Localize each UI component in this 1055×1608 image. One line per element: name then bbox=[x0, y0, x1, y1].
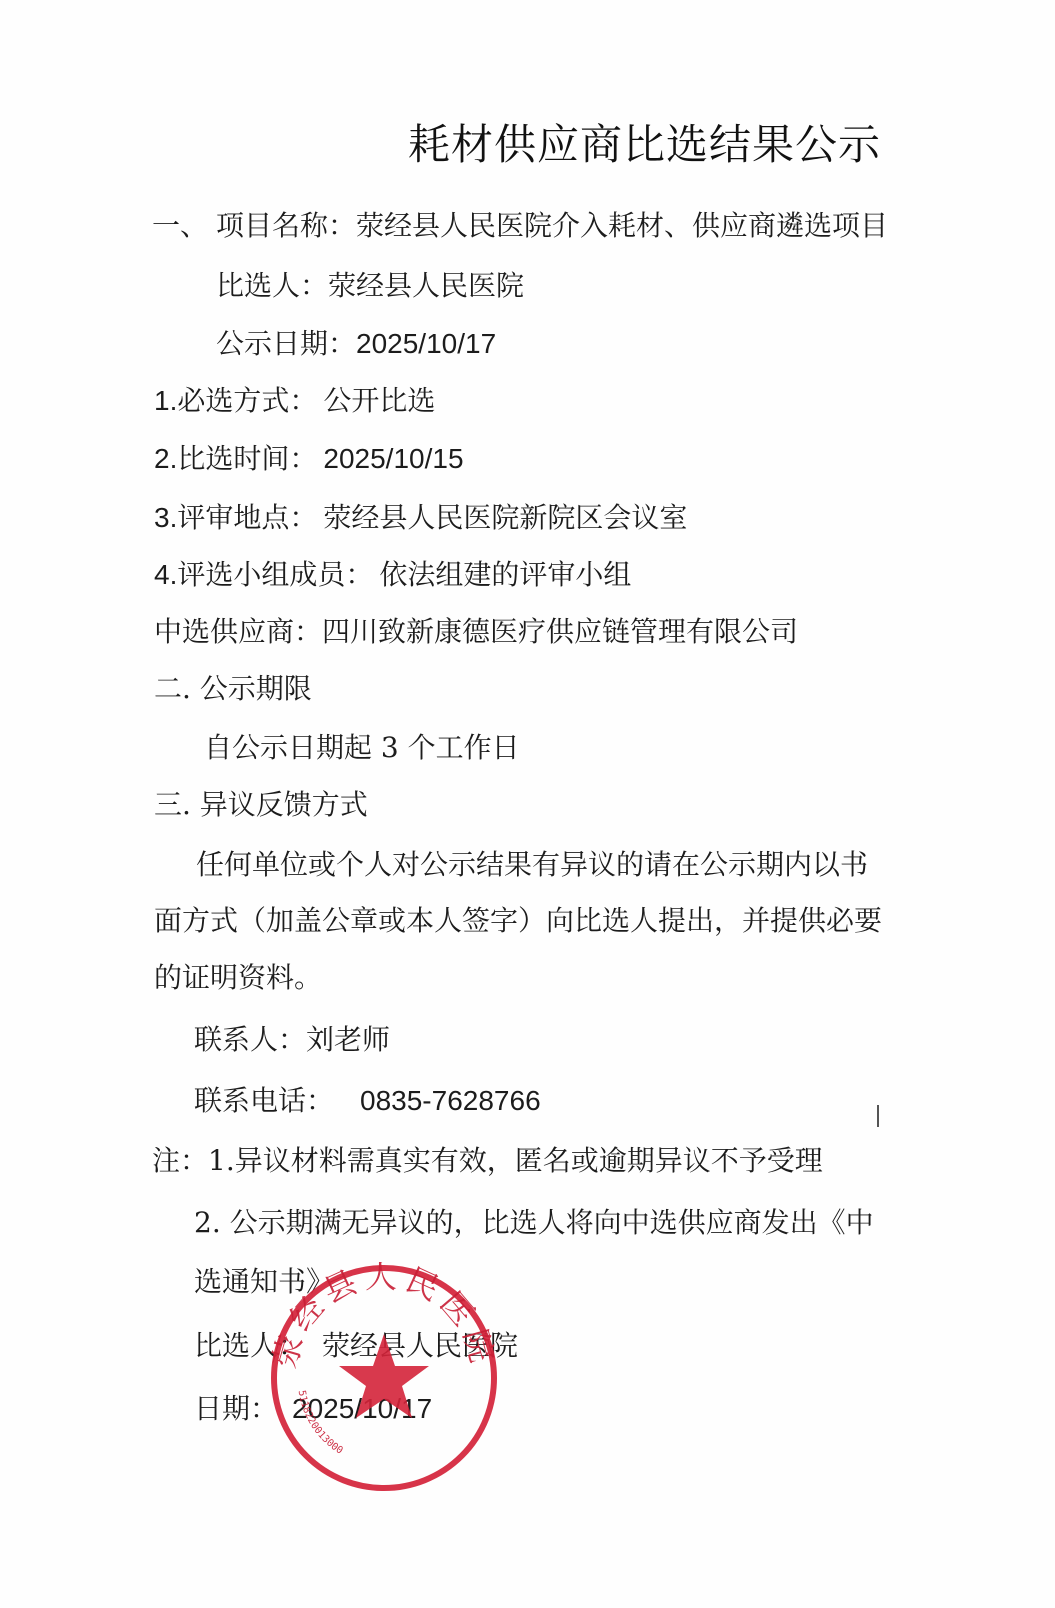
scan-artifact-mark bbox=[877, 1105, 879, 1127]
announce-date-value: 2025/10/17 bbox=[356, 328, 496, 359]
contact-value: 刘老师 bbox=[306, 1023, 390, 1056]
item-label: 评审地点： bbox=[177, 501, 317, 534]
project-name-label: 项目名称： bbox=[216, 209, 356, 242]
section1-marker: 一、 bbox=[152, 209, 208, 242]
notes-label: 注： bbox=[152, 1144, 208, 1177]
item-line-2: 2.比选时间：2025/10/15 bbox=[154, 441, 464, 477]
item-number: 3. bbox=[154, 502, 177, 533]
announce-date-line: 公示日期：2025/10/17 bbox=[216, 326, 496, 362]
phone-label: 联系电话： bbox=[194, 1084, 334, 1117]
item-label: 评选小组成员： bbox=[177, 558, 373, 591]
item-line-4: 4.评选小组成员：依法组建的评审小组 bbox=[154, 557, 631, 593]
note-2-line-1: 2. 公示期满无异议的，比选人将向中选供应商发出《中 bbox=[194, 1205, 874, 1241]
item-line-1: 1.必选方式：公开比选 bbox=[154, 383, 435, 419]
section3-heading: 三. 异议反馈方式 bbox=[154, 787, 368, 823]
project-name-value: 荥经县人民医院介入耗材、供应商遴选项目 bbox=[356, 209, 888, 242]
section2-heading: 二. 公示期限 bbox=[154, 671, 312, 707]
section3-body-line-2: 面方式（加盖公章或本人签字）向比选人提出，并提供必要 bbox=[154, 903, 882, 939]
item-label: 必选方式： bbox=[177, 384, 317, 417]
section3-body-line-3: 的证明资料。 bbox=[154, 960, 322, 996]
section2-body: 自公示日期起 3 个工作日 bbox=[204, 730, 520, 766]
item-number: 2. bbox=[154, 443, 177, 474]
project-name-line: 一、项目名称：荥经县人民医院介入耗材、供应商遴选项目 bbox=[152, 208, 888, 244]
item-number: 1. bbox=[154, 385, 177, 416]
document-page: 耗材供应商比选结果公示 一、项目名称：荥经县人民医院介入耗材、供应商遴选项目 比… bbox=[0, 0, 1055, 1608]
selector-value: 荥经县人民医院 bbox=[328, 269, 524, 302]
signature-date-label: 日期： bbox=[194, 1392, 278, 1425]
signature-date-line: 日期：2025/10/17 bbox=[194, 1391, 432, 1427]
item-line-3: 3.评审地点：荥经县人民医院新院区会议室 bbox=[154, 500, 687, 536]
item-value: 2025/10/15 bbox=[323, 443, 463, 474]
announce-date-label: 公示日期： bbox=[216, 327, 356, 360]
item-number: 4. bbox=[154, 559, 177, 590]
document-title: 耗材供应商比选结果公示 bbox=[408, 112, 881, 172]
winner-label: 中选供应商： bbox=[154, 615, 322, 648]
contact-label: 联系人： bbox=[194, 1023, 306, 1056]
note-1: 1.异议材料需真实有效，匿名或逾期异议不予受理 bbox=[208, 1144, 823, 1177]
item-value: 公开比选 bbox=[323, 384, 435, 417]
winner-line: 中选供应商：四川致新康德医疗供应链管理有限公司 bbox=[154, 614, 798, 650]
item-label: 比选时间： bbox=[177, 442, 317, 475]
selector-label: 比选人： bbox=[216, 269, 328, 302]
signature-selector-label: 比选人： bbox=[194, 1329, 306, 1362]
item-value: 依法组建的评审小组 bbox=[379, 558, 631, 591]
winner-value: 四川致新康德医疗供应链管理有限公司 bbox=[322, 615, 798, 648]
note-1-line: 注：1.异议材料需真实有效，匿名或逾期异议不予受理 bbox=[152, 1143, 823, 1179]
note-2-line-2: 选通知书》 bbox=[194, 1264, 334, 1300]
signature-selector-value: 荥经县人民医院 bbox=[322, 1329, 518, 1362]
item-value: 荥经县人民医院新院区会议室 bbox=[323, 501, 687, 534]
phone-value: 0835-7628766 bbox=[360, 1085, 541, 1116]
signature-selector-line: 比选人：荥经县人民医院 bbox=[194, 1328, 518, 1364]
section3-body-line-1: 任何单位或个人对公示结果有异议的请在公示期内以书 bbox=[196, 847, 868, 883]
selector-line: 比选人：荥经县人民医院 bbox=[216, 268, 524, 304]
contact-line: 联系人：刘老师 bbox=[194, 1022, 390, 1058]
signature-date-value: 2025/10/17 bbox=[292, 1393, 432, 1424]
phone-line: 联系电话：0835-7628766 bbox=[194, 1083, 541, 1119]
